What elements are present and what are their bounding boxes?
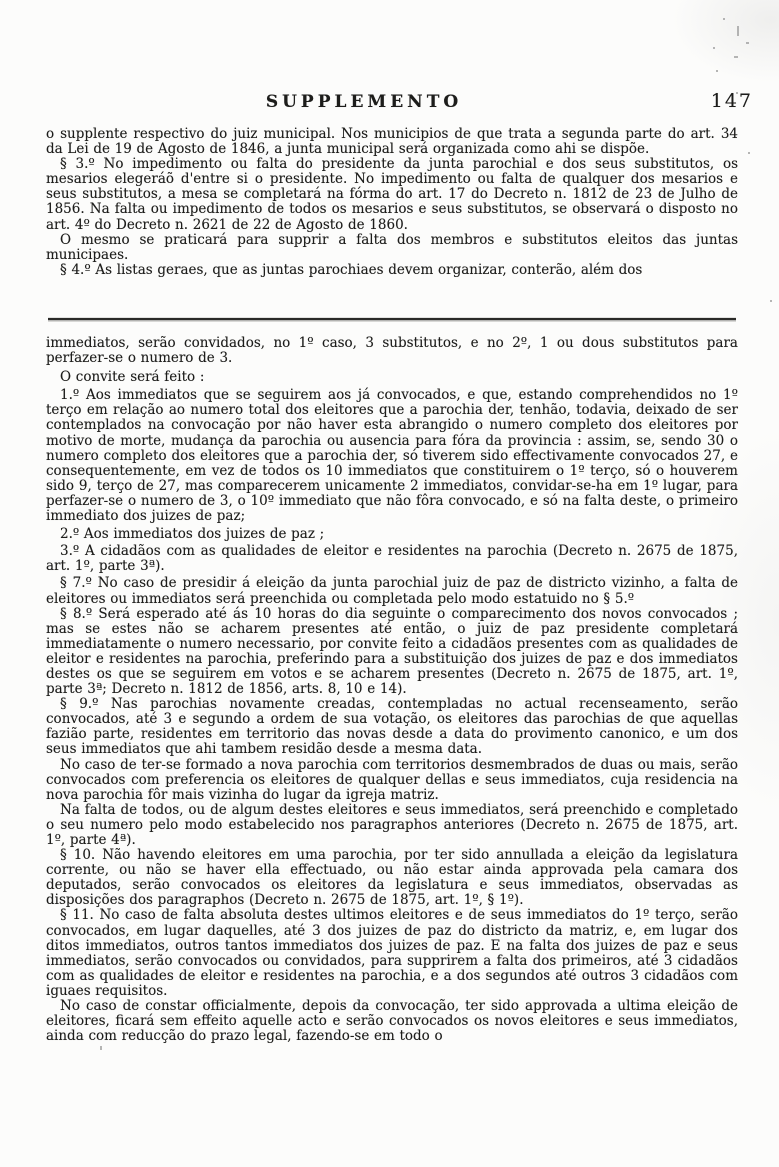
paragraph: 1.º Aos immediatos que se seguirem aos j… xyxy=(46,388,738,524)
paragraph: Na falta de todos, ou de algum destes el… xyxy=(46,803,738,848)
running-title: SUPPLEMENTO xyxy=(266,92,462,112)
scanned-document-page: SUPPLEMENTO 147 o supplente respectivo d… xyxy=(0,0,779,1167)
scan-speckle xyxy=(723,18,725,20)
scan-speckle xyxy=(736,92,738,94)
running-head: SUPPLEMENTO 147 xyxy=(0,92,779,116)
footnote-divider-rule xyxy=(48,318,736,320)
scan-speckle xyxy=(770,300,772,302)
paragraph: § 4.º As listas geraes, que as juntas pa… xyxy=(46,263,738,278)
scan-speckle xyxy=(713,47,715,49)
scan-speckle xyxy=(100,1046,102,1050)
main-text-block: o supplente respectivo do juiz municipal… xyxy=(46,127,738,278)
page-number: 147 xyxy=(711,90,753,112)
paragraph: 3.º A cidadãos com as qualidades de elei… xyxy=(46,544,738,574)
scan-speckle xyxy=(716,70,718,72)
paragraph: § 11. No caso de falta absoluta destes u… xyxy=(46,908,738,999)
scan-speckle xyxy=(734,56,738,58)
paragraph: § 9.º Nas parochias novamente creadas, c… xyxy=(46,697,738,757)
paragraph: No caso de ter-se formado a nova parochi… xyxy=(46,758,738,803)
paragraph: o supplente respectivo do juiz municipal… xyxy=(46,127,738,157)
paragraph: No caso de constar officialmente, depois… xyxy=(46,999,738,1044)
paragraph: § 7.º No caso de presidir á eleição da j… xyxy=(46,576,738,606)
paragraph: § 8.º Será esperado até ás 10 horas do d… xyxy=(46,607,738,698)
footnote-text-block: immediatos, serão convidados, no 1º caso… xyxy=(46,336,738,1044)
paragraph: § 10. Não havendo eleitores em uma paroc… xyxy=(46,848,738,908)
paragraph: immediatos, serão convidados, no 1º caso… xyxy=(46,336,738,366)
paragraph: O convite será feito : xyxy=(46,370,738,385)
paragraph: O mesmo se praticará para supprir a falt… xyxy=(46,233,738,263)
scan-speckle xyxy=(748,152,750,154)
scan-speckle xyxy=(746,42,749,44)
paragraph: 2.º Aos immediatos dos juizes de paz ; xyxy=(46,527,738,542)
scan-speckle xyxy=(737,26,739,36)
paragraph: § 3.º No impedimento ou falta do preside… xyxy=(46,157,738,232)
